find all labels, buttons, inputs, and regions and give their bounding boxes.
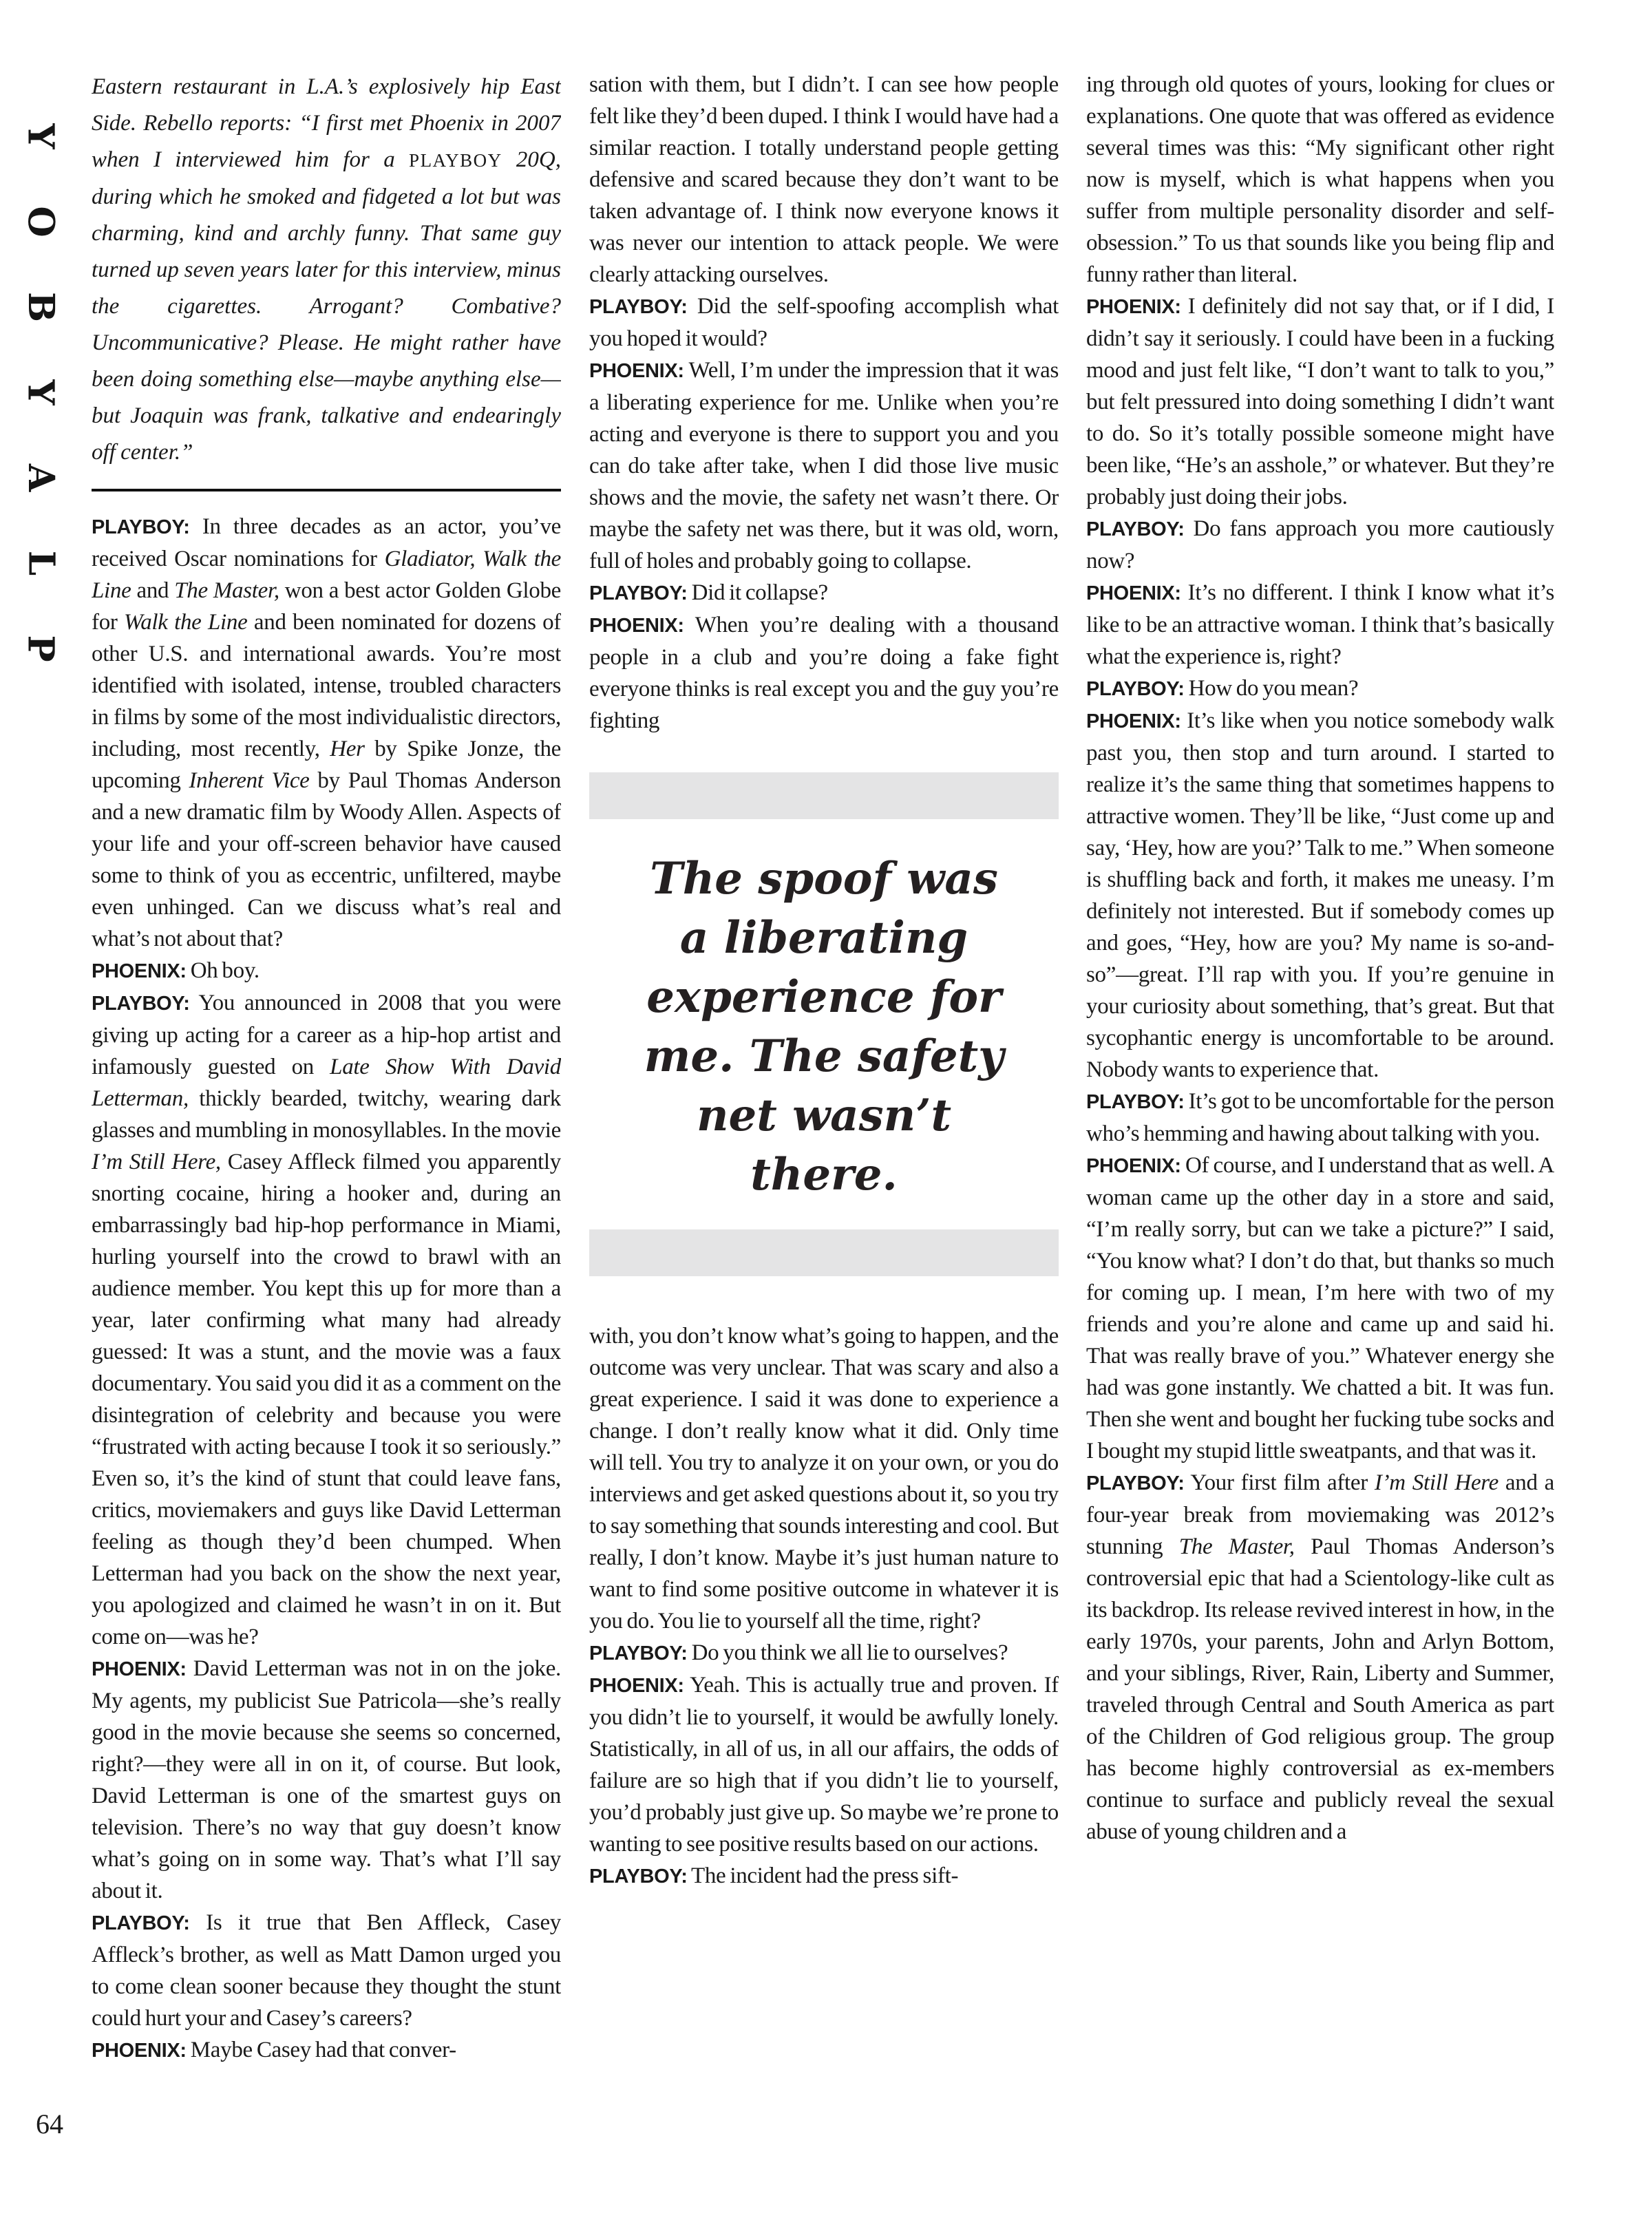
speaker-label: PHOENIX: bbox=[589, 1675, 684, 1697]
interview-paragraph: PLAYBOY: How do you mean? bbox=[1086, 673, 1554, 705]
interview-paragraph: ing through old quotes of yours, looking… bbox=[1086, 69, 1554, 290]
interview-paragraph: PHOENIX: Of course, and I understand tha… bbox=[1086, 1150, 1554, 1467]
speaker-label: PLAYBOY: bbox=[1086, 1472, 1185, 1494]
interview-paragraph: PHOENIX: It’s no different. I think I kn… bbox=[1086, 577, 1554, 673]
interview-paragraph: PHOENIX: David Letterman was not in on t… bbox=[92, 1653, 561, 1907]
column-3: ing through old quotes of yours, looking… bbox=[1086, 69, 1554, 2175]
speaker-label: PHOENIX: bbox=[1086, 582, 1181, 604]
pullquote-line: me. The safety bbox=[595, 1027, 1053, 1086]
interview-paragraph: PHOENIX: Oh boy. bbox=[92, 955, 561, 987]
speaker-label: PLAYBOY: bbox=[92, 1912, 190, 1934]
interview-paragraph: PHOENIX: When you’re dealing with a thou… bbox=[589, 609, 1059, 737]
interview-paragraph: PHOENIX: Well, I’m under the impression … bbox=[589, 355, 1059, 577]
interview-paragraph: PHOENIX: It’s like when you notice someb… bbox=[1086, 705, 1554, 1086]
interview-paragraph: PLAYBOY: Did it collapse? bbox=[589, 577, 1059, 609]
pullquote-line: net wasn’t bbox=[595, 1086, 1053, 1145]
speaker-label: PLAYBOY: bbox=[589, 1642, 688, 1664]
spine-letter: L bbox=[18, 520, 63, 606]
pullquote-bottom-bar bbox=[589, 1229, 1059, 1276]
intro-text-end: 20Q, during which he smoked and fidgeted… bbox=[92, 147, 561, 465]
speaker-label: PHOENIX: bbox=[589, 615, 684, 637]
spine-letter: O bbox=[18, 179, 63, 264]
speaker-label: PLAYBOY: bbox=[92, 993, 190, 1015]
interview-column-2-upper-blocks: sation with them, but I didn’t. I can se… bbox=[589, 69, 1059, 737]
speaker-label: PHOENIX: bbox=[1086, 1155, 1181, 1177]
spine-letter: B bbox=[18, 264, 63, 350]
interview-column-3-blocks: ing through old quotes of yours, looking… bbox=[1086, 69, 1554, 1848]
pullquote-line: experience for bbox=[595, 968, 1053, 1027]
intro-divider bbox=[92, 489, 561, 491]
interview-paragraph: PLAYBOY: The incident had the press sift… bbox=[589, 1860, 1059, 1892]
pullquote-top-bar bbox=[589, 772, 1059, 819]
speaker-label: PHOENIX: bbox=[92, 960, 187, 982]
speaker-label: PLAYBOY: bbox=[1086, 518, 1185, 540]
spine-letter: A bbox=[18, 435, 63, 520]
brand-name: PLAYBOY bbox=[409, 150, 502, 171]
speaker-label: PHOENIX: bbox=[92, 2040, 187, 2062]
interview-paragraph: PLAYBOY: Do fans approach you more cauti… bbox=[1086, 513, 1554, 577]
speaker-label: PLAYBOY: bbox=[1086, 1091, 1185, 1113]
speaker-label: PLAYBOY: bbox=[589, 1865, 688, 1888]
pullquote-line: there. bbox=[595, 1145, 1053, 1205]
spine-letter: P bbox=[18, 606, 63, 691]
interview-column-2-lower-blocks: with, you don’t know what’s going to hap… bbox=[589, 1320, 1059, 1892]
interview-paragraph: with, you don’t know what’s going to hap… bbox=[589, 1320, 1059, 1637]
interview-paragraph: PHOENIX: Maybe Casey had that conver- bbox=[92, 2034, 561, 2066]
pullquote: The spoof wasa liberatingexperience form… bbox=[589, 772, 1059, 1276]
interview-paragraph: PLAYBOY: Do you think we all lie to ours… bbox=[589, 1637, 1059, 1669]
spine-letter: Y bbox=[18, 350, 63, 435]
interview-paragraph: PLAYBOY: Did the self-spoofing accomplis… bbox=[589, 290, 1059, 355]
column-2: sation with them, but I didn’t. I can se… bbox=[589, 69, 1059, 2175]
interview-paragraph: PLAYBOY: You announced in 2008 that you … bbox=[92, 987, 561, 1653]
speaker-label: PHOENIX: bbox=[589, 360, 684, 382]
speaker-label: PLAYBOY: bbox=[92, 516, 190, 538]
speaker-label: PLAYBOY: bbox=[1086, 678, 1185, 700]
interview-paragraph: PHOENIX: I definitely did not say that, … bbox=[1086, 290, 1554, 513]
page-number: 64 bbox=[36, 2108, 63, 2140]
speaker-label: PHOENIX: bbox=[1086, 710, 1181, 732]
speaker-label: PHOENIX: bbox=[1086, 296, 1181, 318]
interview-paragraph: PLAYBOY: It’s got to be uncomfortable fo… bbox=[1086, 1086, 1554, 1150]
spine-letter: Y bbox=[18, 94, 63, 179]
pullquote-line: a liberating bbox=[595, 909, 1053, 968]
magazine-page: YOBYALP Eastern restaurant in L.A.’s exp… bbox=[0, 0, 1652, 2220]
intro-paragraph: Eastern restaurant in L.A.’s explosively… bbox=[92, 69, 561, 471]
interview-paragraph: PLAYBOY: Your first film after I’m Still… bbox=[1086, 1467, 1554, 1848]
column-1: Eastern restaurant in L.A.’s explosively… bbox=[92, 69, 561, 2161]
interview-paragraph: sation with them, but I didn’t. I can se… bbox=[589, 69, 1059, 290]
spine-vertical-title: YOBYALP bbox=[18, 94, 63, 691]
interview-paragraph: PLAYBOY: Is it true that Ben Affleck, Ca… bbox=[92, 1907, 561, 2034]
interview-paragraph: PHOENIX: Yeah. This is actually true and… bbox=[589, 1669, 1059, 1860]
pullquote-text: The spoof wasa liberatingexperience form… bbox=[589, 819, 1059, 1229]
interview-column-1-blocks: PLAYBOY: In three decades as an actor, y… bbox=[92, 511, 561, 2066]
speaker-label: PLAYBOY: bbox=[589, 582, 688, 604]
speaker-label: PLAYBOY: bbox=[589, 296, 688, 318]
interview-paragraph: PLAYBOY: In three decades as an actor, y… bbox=[92, 511, 561, 955]
speaker-label: PHOENIX: bbox=[92, 1658, 187, 1680]
pullquote-line: The spoof was bbox=[595, 849, 1053, 909]
